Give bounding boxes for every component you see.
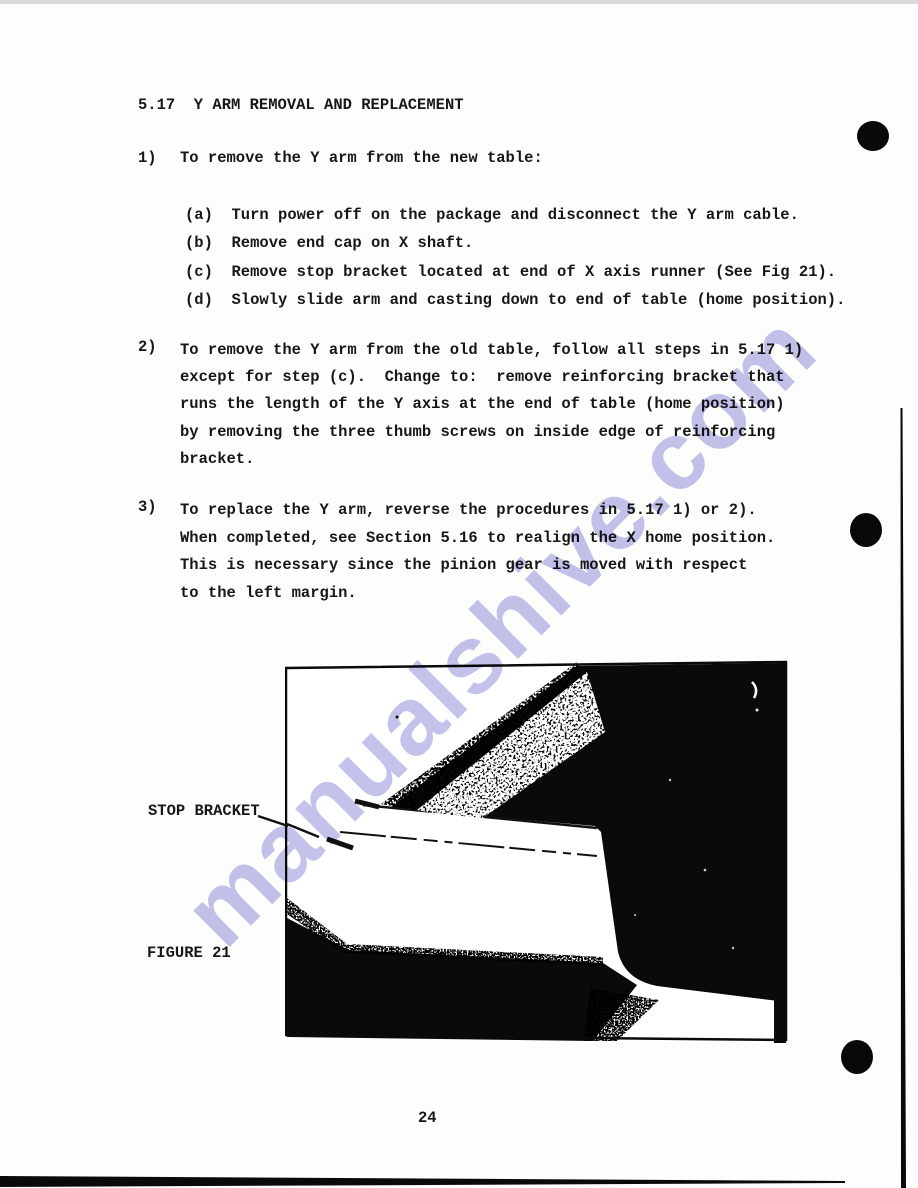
figure-label: FIGURE 21 <box>147 944 231 963</box>
scan-bottom-edge-bar <box>0 1176 845 1187</box>
list1-intro: To remove the Y arm from the new table: <box>180 149 543 168</box>
section-title: 5.17 Y ARM REMOVAL AND REPLACEMENT <box>138 96 464 115</box>
scan-right-edge-line <box>901 408 907 1188</box>
list1-steps: (a) Turn power off on the package and di… <box>185 201 845 315</box>
figure-21-photo-canvas <box>285 660 788 1043</box>
list2-body: To remove the Y arm from the old table, … <box>180 337 803 473</box>
list3-marker: 3) <box>138 498 157 517</box>
stop-bracket-leader-line <box>258 816 288 826</box>
figure-callout-stop-bracket: STOP BRACKET <box>148 802 260 821</box>
list3-body: To replace the Y arm, reverse the proced… <box>180 497 775 607</box>
document-page: 5.17 Y ARM REMOVAL AND REPLACEMENT 1) To… <box>0 0 918 1188</box>
figure-21-photo <box>285 660 788 1043</box>
list1-marker: 1) <box>138 149 157 168</box>
punch-hole-mark-middle <box>850 513 882 547</box>
list2-marker: 2) <box>138 338 157 357</box>
page-number: 24 <box>418 1109 437 1128</box>
punch-hole-mark-bottom <box>841 1040 873 1074</box>
scan-top-edge <box>0 0 918 4</box>
punch-hole-mark-top <box>857 121 889 151</box>
